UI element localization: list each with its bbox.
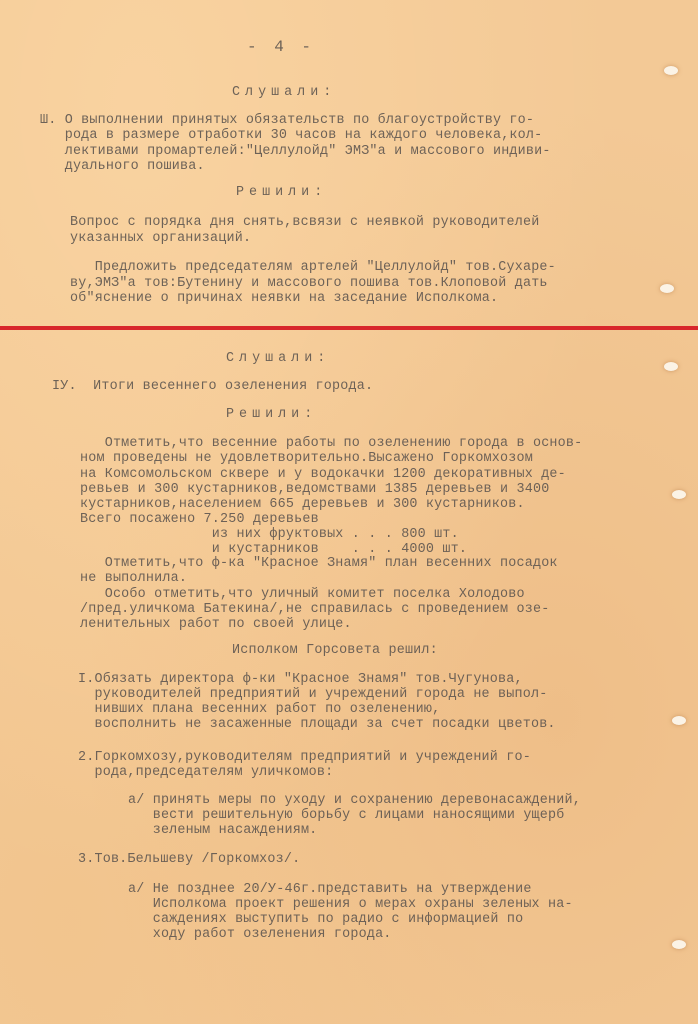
text-line: Вопрос с порядка дня снять,всвязи с неяв…: [70, 215, 539, 230]
text-line: 3.Тов.Бельшеву /Горкомхоз/.: [78, 852, 300, 867]
text-line: 2.Горкомхозу,руководителям предприятий и…: [78, 750, 531, 765]
text-line: а/ Не позднее 20/У-46г.представить на ут…: [128, 882, 532, 897]
text-line: лективами промартелей:"Целлулойд" ЭМЗ"а …: [40, 144, 551, 159]
item-4-title: IУ. Итоги весеннего озеленения города.: [52, 379, 373, 394]
text-line: Всего посажено 7.250 деревьев: [80, 512, 319, 527]
text-line: Предложить председателям артелей "Целлул…: [70, 260, 556, 275]
text-line: зеленым насаждениям.: [128, 823, 317, 838]
text-line: из них фруктовых . . . 800 шт.: [80, 527, 459, 542]
text-line: кустарников,населением 665 деревьев и 30…: [80, 497, 525, 512]
executive-heading: Исполком Горсовета решил:: [232, 643, 438, 658]
decided-heading-3: Решили:: [236, 185, 327, 200]
text-line: и кустарников . . . 4000 шт.: [80, 542, 467, 557]
text-line: не выполнила.: [80, 571, 187, 586]
paper-hole: [664, 362, 678, 371]
red-divider-line: [0, 326, 698, 330]
text-line: Особо отметить,что уличный комитет посел…: [80, 587, 525, 602]
text-line: Отметить,что ф-ка "Красное Знамя" план в…: [80, 556, 558, 571]
text-line: ходу работ озеленения города.: [128, 927, 392, 942]
page-number: - 4 -: [247, 38, 315, 56]
paper-hole: [672, 940, 686, 949]
text-line: нивших плана весенних работ по озеленени…: [78, 702, 440, 717]
text-line: а/ принять меры по уходу и сохранению де…: [128, 793, 581, 808]
text-line: /пред.уличкома Батекина/,не справилась с…: [80, 602, 549, 617]
text-line: вести решительную борьбу с лицами нанося…: [128, 808, 565, 823]
text-line: руководителей предприятий и учреждений г…: [78, 687, 547, 702]
document-page: - 4 - Слушали: Ш. О выполнении принятых …: [0, 0, 698, 1024]
text-line: на Комсомольском сквере и у водокачки 12…: [80, 467, 566, 482]
text-line: рода,председателям уличкомов:: [78, 765, 333, 780]
decided-heading-4: Решили:: [226, 407, 317, 422]
text-line: I.Обязать директора ф-ки "Красное Знамя"…: [78, 672, 523, 687]
heard-heading-4: Слушали:: [226, 351, 330, 366]
paper-hole: [672, 716, 686, 725]
text-line: Ш. О выполнении принятых обязательств по…: [40, 113, 534, 128]
text-line: дуального пошива.: [40, 159, 205, 174]
text-line: рода в размере отработки 30 часов на каж…: [40, 128, 542, 143]
paper-hole: [672, 490, 686, 499]
paper-hole: [664, 66, 678, 75]
text-line: Исполкома проект решения о мерах охраны …: [128, 897, 573, 912]
text-line: указанных организаций.: [70, 231, 251, 246]
text-line: ревьев и 300 кустарников,ведомствами 138…: [80, 482, 549, 497]
text-line: ву,ЭМЗ"а тов:Бутенину и массового пошива…: [70, 276, 548, 291]
text-line: Отметить,что весенние работы по озеленен…: [80, 436, 582, 451]
text-line: ленительных работ по своей улице.: [80, 617, 352, 632]
text-line: саждениях выступить по радио с информаци…: [128, 912, 523, 927]
heard-heading-3: Слушали:: [232, 85, 336, 100]
text-line: об"яснение о причинах неявки на заседани…: [70, 291, 498, 306]
text-line: восполнить не засаженные площади за счет…: [78, 717, 556, 732]
text-line: ном проведены не удовлетворительно.Высаж…: [80, 451, 533, 466]
paper-hole: [660, 284, 674, 293]
